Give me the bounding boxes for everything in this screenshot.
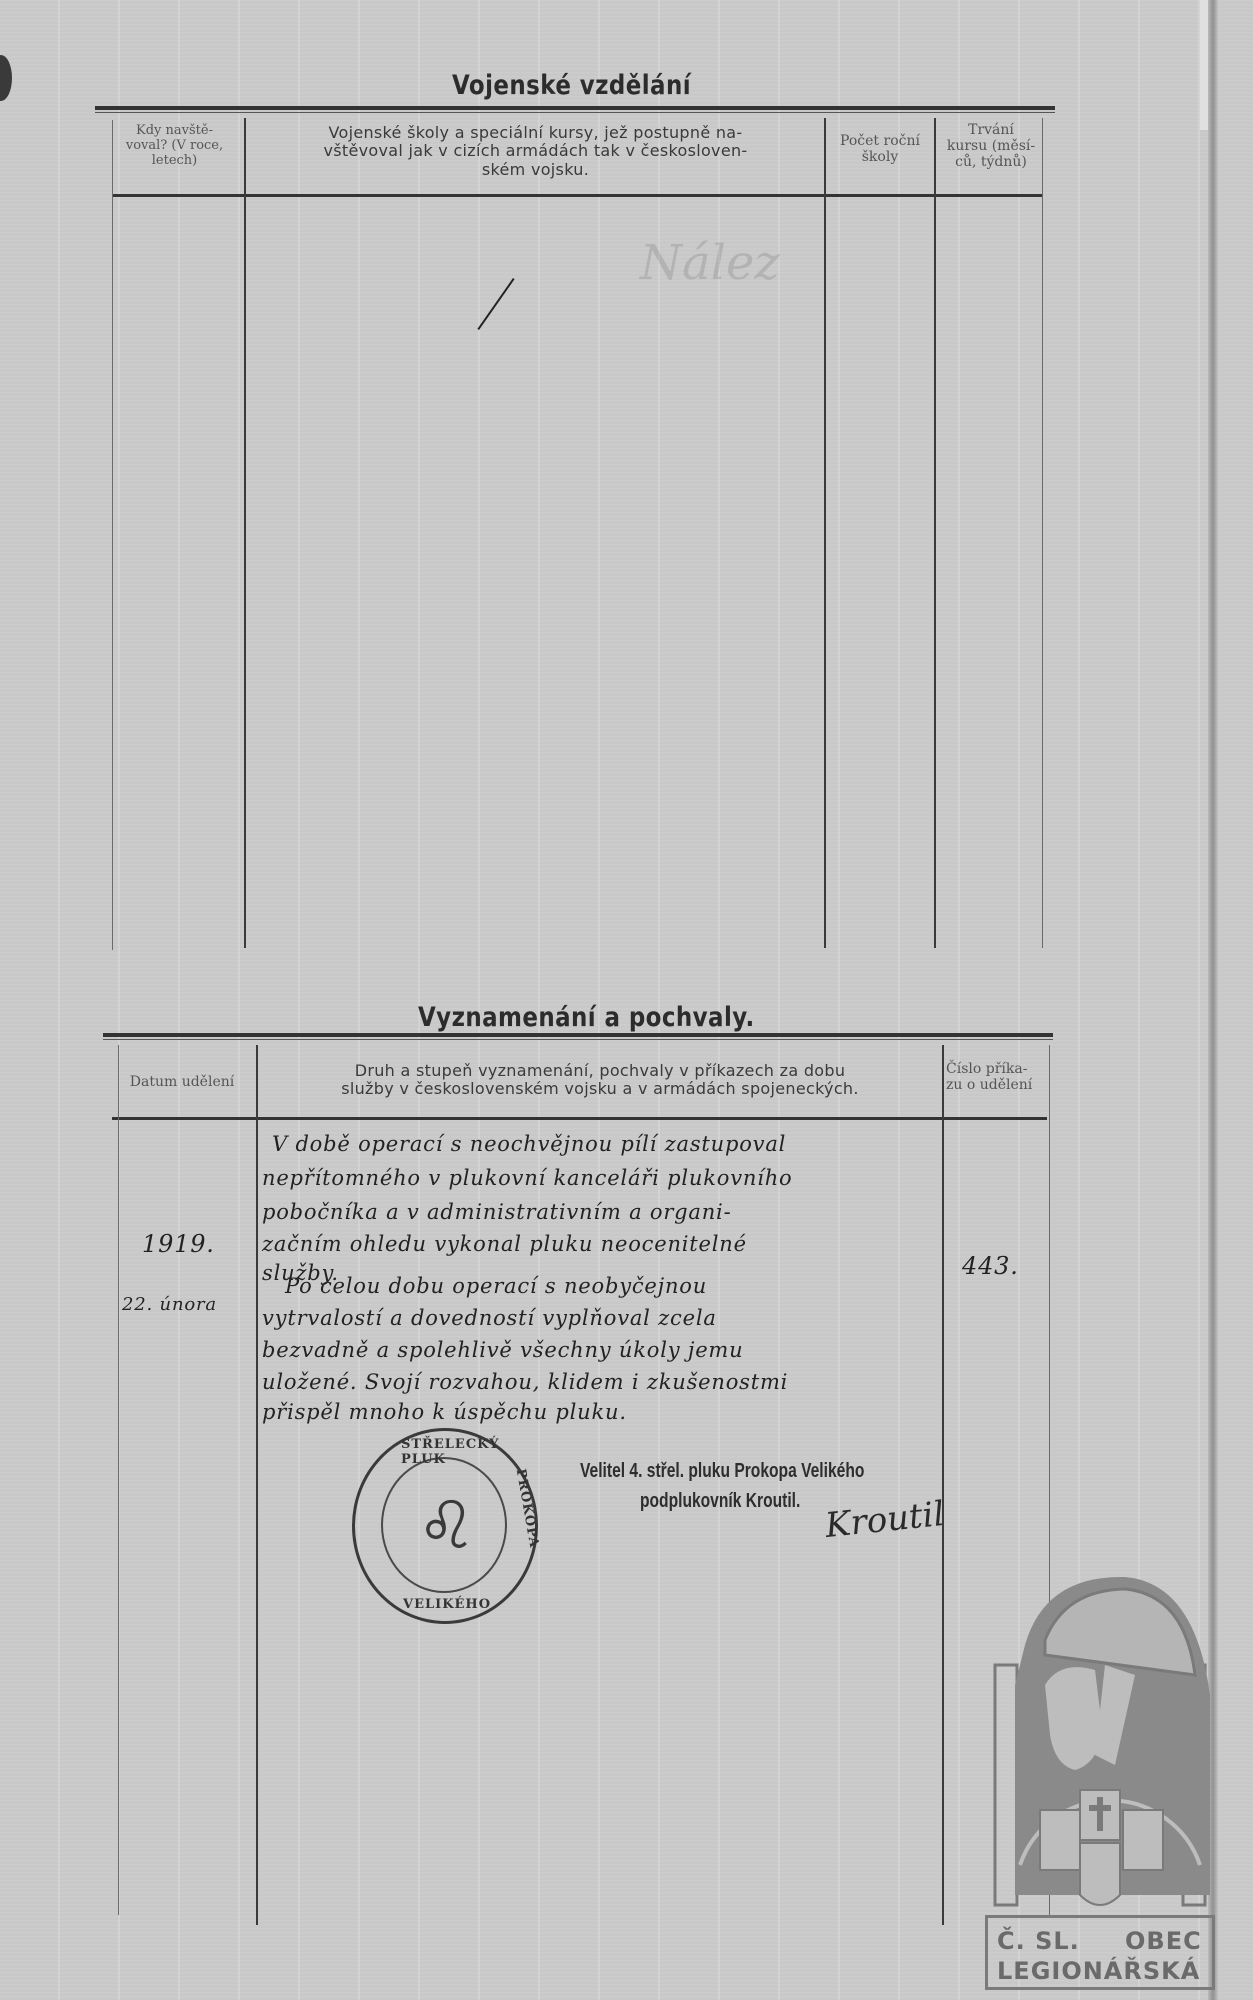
award-date-day: 22. února <box>122 1288 217 1321</box>
table1-header-years: Počet roční školy <box>826 133 934 165</box>
table2-top-rule <box>103 1033 1053 1037</box>
punch-hole <box>0 55 12 101</box>
table1-header-schools: Vojenské školy a speciální kursy, jež po… <box>248 124 823 179</box>
award-order-number: 443. <box>962 1250 1019 1283</box>
table1-header-duration: Trvání kursu (měsí- ců, týdnů) <box>937 122 1045 170</box>
document-page: Nález Vojenské vzdělání Kdy navště- vova… <box>0 0 1253 2000</box>
commander-stamp-line2: podplukovník Kroutil. <box>640 1490 800 1513</box>
seal-text-top: STŘELECKÝ PLUK <box>401 1437 535 1467</box>
section-title-awards: Vyznamenání a pochvaly. <box>418 1002 755 1033</box>
table2-header-award-type: Druh a stupeň vyznamenání, pochvaly v př… <box>260 1062 940 1099</box>
seal-text-bottom: VELIKÉHO <box>403 1597 491 1612</box>
table2-header-rule <box>112 1117 1047 1120</box>
legionnaire-helmet-icon <box>985 1565 1215 1915</box>
table1-top-rule <box>95 106 1055 110</box>
award-date-year: 1919. <box>142 1228 215 1261</box>
table1-col-line <box>934 118 936 948</box>
table2-top-rule-thin <box>103 1039 1053 1040</box>
table1-header-rule <box>112 194 1042 197</box>
table1-col-line <box>112 120 113 950</box>
logo-text-csl: Č. SL. <box>997 1927 1080 1955</box>
section-title-military-education: Vojenské vzdělání <box>452 70 691 101</box>
empty-entry-slash <box>477 278 514 330</box>
table1-top-rule-thin <box>95 112 1055 113</box>
commander-signature: Kroutil <box>823 1494 946 1546</box>
table1-col-line <box>824 118 826 948</box>
table2-col-line <box>118 1045 119 1915</box>
regiment-seal: ♌ STŘELECKÝ PLUK PROKOPA VELIKÉHO <box>352 1428 538 1624</box>
commander-stamp-line1: Velitel 4. střel. pluku Prokopa Velikého <box>580 1460 864 1483</box>
bleed-through-text: Nález <box>640 235 780 291</box>
lion-emblem-icon: ♌ <box>417 1487 476 1564</box>
table1-col-line <box>1042 118 1043 948</box>
table2-col-line <box>942 1045 944 1925</box>
page-edge-highlight <box>1200 0 1208 130</box>
legion-watermark-logo: Č. SL. OBEC LEGIONÁŘSKÁ <box>985 1565 1215 1990</box>
table2-header-order-number: Číslo příka- zu o udělení <box>946 1061 1050 1093</box>
logo-text-obec: OBEC <box>1125 1927 1202 1955</box>
seal-inner-ring: ♌ <box>381 1457 507 1593</box>
table1-col-line <box>244 118 246 948</box>
seal-text-right: PROKOPA <box>513 1468 542 1549</box>
table2-header-date: Datum udělení <box>112 1074 252 1090</box>
table1-header-when: Kdy navště- voval? (V roce, letech) <box>112 124 237 169</box>
logo-text-legionarska: LEGIONÁŘSKÁ <box>997 1957 1200 1985</box>
table2-col-line <box>256 1045 258 1925</box>
